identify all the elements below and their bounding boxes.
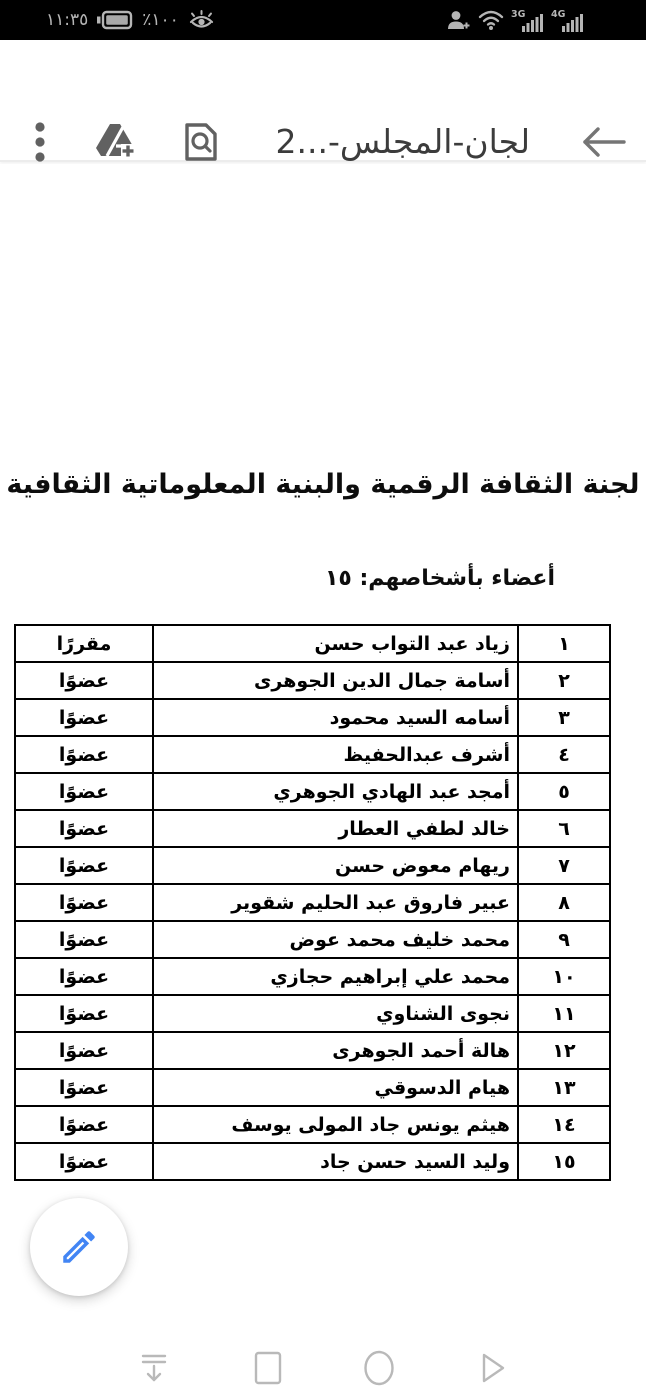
status-right-cluster: 3G 4G — [446, 0, 584, 40]
member-role: عضوًا — [15, 1032, 153, 1069]
svg-text:3G: 3G — [511, 9, 526, 20]
member-name: عبير فاروق عبد الحليم شقوير — [153, 884, 518, 921]
member-row: ٢أسامة جمال الدين الجوهرىعضوًا — [15, 662, 610, 699]
drive-add-icon — [93, 122, 137, 162]
member-role: عضوًا — [15, 736, 153, 773]
member-number: ٣ — [518, 699, 610, 736]
member-name: أمجد عبد الهادي الجوهري — [153, 773, 518, 810]
member-role: عضوًا — [15, 884, 153, 921]
member-role: عضوًا — [15, 1069, 153, 1106]
back-triangle-icon — [475, 1351, 509, 1385]
member-name: هيام الدسوقي — [153, 1069, 518, 1106]
member-name: ريهام معوض حسن — [153, 847, 518, 884]
document-page: لجنة الثقافة الرقمية والبنية المعلوماتية… — [0, 164, 646, 1328]
member-name: أسامة جمال الدين الجوهرى — [153, 662, 518, 699]
member-name: أشرف عبدالحفيظ — [153, 736, 518, 773]
svg-text:4G: 4G — [551, 9, 566, 20]
member-role: عضوًا — [15, 810, 153, 847]
add-contact-icon — [446, 9, 471, 31]
status-bar: ١١:٣٥ ٪١٠٠ — [0, 0, 646, 40]
member-row: ٤أشرف عبدالحفيظعضوًا — [15, 736, 610, 773]
battery-percent-text: ٪١٠٠ — [142, 10, 179, 30]
member-role: عضوًا — [15, 921, 153, 958]
home-circle-icon — [362, 1349, 396, 1387]
member-row: ٥أمجد عبد الهادي الجوهريعضوًا — [15, 773, 610, 810]
member-name: زياد عبد التواب حسن — [153, 625, 518, 662]
three-dot-menu-icon — [34, 120, 46, 164]
edit-fab-button[interactable] — [30, 1198, 128, 1296]
member-row: ١٠محمد علي إبراهيم حجازيعضوًا — [15, 958, 610, 995]
member-number: ١ — [518, 625, 610, 662]
member-number: ٥ — [518, 773, 610, 810]
app-toolbar: لجان-المجلس-...2 — [0, 40, 646, 162]
member-name: هالة أحمد الجوهرى — [153, 1032, 518, 1069]
overflow-menu-button[interactable] — [16, 118, 64, 166]
member-number: ٧ — [518, 847, 610, 884]
member-role: عضوًا — [15, 773, 153, 810]
committee-title: لجنة الثقافة الرقمية والبنية المعلوماتية… — [0, 469, 646, 500]
member-row: ١زياد عبد التواب حسنمقررًا — [15, 625, 610, 662]
member-name: هيثم يونس جاد المولى يوسف — [153, 1106, 518, 1143]
navigation-bar — [0, 1328, 646, 1400]
clock-text: ١١:٣٥ — [46, 10, 88, 30]
member-role: عضوًا — [15, 662, 153, 699]
member-number: ٦ — [518, 810, 610, 847]
recents-square-icon — [252, 1350, 284, 1386]
member-row: ٩محمد خليف محمد عوضعضوًا — [15, 921, 610, 958]
member-number: ١٣ — [518, 1069, 610, 1106]
member-role: عضوًا — [15, 847, 153, 884]
member-row: ٦خالد لطفي العطارعضوًا — [15, 810, 610, 847]
member-number: ١٥ — [518, 1143, 610, 1180]
committee-table-body: ١زياد عبد التواب حسنمقررًا٢أسامة جمال ال… — [15, 625, 610, 1180]
member-row: ١٤هيثم يونس جاد المولى يوسفعضوًا — [15, 1106, 610, 1143]
back-button[interactable] — [580, 118, 628, 166]
member-number: ٨ — [518, 884, 610, 921]
member-row: ٨عبير فاروق عبد الحليم شقويرعضوًا — [15, 884, 610, 921]
member-number: ١٢ — [518, 1032, 610, 1069]
member-row: ١٢هالة أحمد الجوهرىعضوًا — [15, 1032, 610, 1069]
member-role: عضوًا — [15, 1143, 153, 1180]
member-role: مقررًا — [15, 625, 153, 662]
member-name: خالد لطفي العطار — [153, 810, 518, 847]
hide-navbar-button[interactable] — [132, 1346, 176, 1390]
member-number: ١٠ — [518, 958, 610, 995]
find-in-page-icon — [182, 121, 220, 163]
member-number: ١١ — [518, 995, 610, 1032]
member-role: عضوًا — [15, 1106, 153, 1143]
wifi-icon — [478, 9, 504, 31]
signal-3g-icon: 3G — [511, 8, 544, 32]
member-number: ٤ — [518, 736, 610, 773]
member-name: نجوى الشناوي — [153, 995, 518, 1032]
member-name: وليد السيد حسن جاد — [153, 1143, 518, 1180]
document-title-toolbar: لجان-المجلس-...2 — [275, 118, 530, 166]
signal-4g-icon: 4G — [551, 8, 584, 32]
member-number: ١٤ — [518, 1106, 610, 1143]
battery-icon — [97, 10, 133, 30]
member-row: ٣أسامه السيد محمودعضوًا — [15, 699, 610, 736]
members-count-label: أعضاء بأشخاصهم: ١٥ — [325, 566, 555, 591]
member-role: عضوًا — [15, 995, 153, 1032]
member-role: عضوًا — [15, 699, 153, 736]
phone-screen: ١١:٣٥ ٪١٠٠ — [0, 0, 646, 1400]
member-number: ٩ — [518, 921, 610, 958]
member-name: محمد علي إبراهيم حجازي — [153, 958, 518, 995]
members-table: ١زياد عبد التواب حسنمقررًا٢أسامة جمال ال… — [14, 624, 611, 1181]
eye-comfort-icon — [188, 9, 215, 31]
member-row: ٧ريهام معوض حسنعضوًا — [15, 847, 610, 884]
member-role: عضوًا — [15, 958, 153, 995]
recents-button[interactable] — [246, 1346, 290, 1390]
find-in-page-button[interactable] — [177, 118, 225, 166]
home-button[interactable] — [357, 1346, 401, 1390]
status-left-cluster: ١١:٣٥ ٪١٠٠ — [46, 0, 215, 40]
add-to-drive-button[interactable] — [91, 118, 139, 166]
back-arrow-icon — [581, 125, 627, 159]
member-name: أسامه السيد محمود — [153, 699, 518, 736]
member-name: محمد خليف محمد عوض — [153, 921, 518, 958]
member-row: ١١نجوى الشناويعضوًا — [15, 995, 610, 1032]
member-row: ١٣هيام الدسوقيعضوًا — [15, 1069, 610, 1106]
hide-navbar-icon — [137, 1351, 171, 1385]
pencil-edit-icon — [58, 1226, 100, 1268]
member-row: ١٥وليد السيد حسن جادعضوًا — [15, 1143, 610, 1180]
rtl-back-button[interactable] — [470, 1346, 514, 1390]
member-number: ٢ — [518, 662, 610, 699]
